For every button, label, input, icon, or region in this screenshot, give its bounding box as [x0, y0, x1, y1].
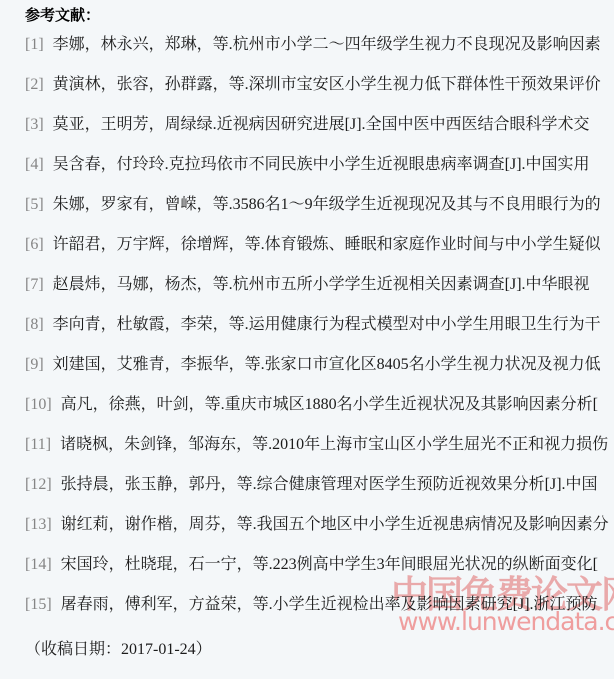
- reference-item: [13]谢红莉，谢作楷，周芬，等.我国五个地区中小学生近视患病情况及影响因素分: [25, 505, 614, 545]
- reference-text: 张持晨，张玉静，郭丹，等.综合健康管理对医学生预防近视效果分析[J].中国: [61, 476, 598, 493]
- reference-item: [8]李向青，杜敏霞，李荣，等.运用健康行为程式模型对中小学生用眼卫生行为干: [25, 305, 614, 345]
- reference-number: [4]: [25, 156, 44, 173]
- reference-text: 李向青，杜敏霞，李荣，等.运用健康行为程式模型对中小学生用眼卫生行为干: [53, 316, 601, 333]
- reference-text: 许韶君，万宇辉，徐增辉，等.体育锻炼、睡眠和家庭作业时间与中小学生疑似: [53, 236, 601, 253]
- reference-item: [15]屠春雨，傅利军，方益荣，等.小学生近视检出率及影响因素研究[J].浙江预…: [25, 585, 614, 625]
- reference-text: 莫亚，王明芳，周绿绿.近视病因研究进展[J].全国中医中西医结合眼科学术交: [53, 116, 590, 133]
- reference-item: [9]刘建国，艾雅青，李振华，等.张家口市宣化区8405名小学生视力状况及视力低: [25, 345, 614, 385]
- reference-number: [5]: [25, 196, 44, 213]
- reference-number: [6]: [25, 236, 44, 253]
- reference-item: [14]宋国玲，杜晓琨，石一宁，等.223例高中学生3年间眼屈光状况的纵断面变化…: [25, 545, 614, 585]
- reference-number: [1]: [25, 36, 44, 53]
- reference-number: [2]: [25, 76, 44, 93]
- reference-item: [2]黄演林，张容，孙群露，等.深圳市宝安区小学生视力低下群体性干预效果评价: [25, 65, 614, 105]
- reference-number: [12]: [25, 476, 52, 493]
- reference-item: [11]诸晓枫，朱剑锋，邹海东，等.2010年上海市宝山区小学生屈光不正和视力损…: [25, 425, 614, 465]
- reference-text: 赵晨炜，马娜，杨杰，等.杭州市五所小学学生近视相关因素调查[J].中华眼视: [53, 276, 590, 293]
- reference-number: [14]: [25, 556, 52, 573]
- reference-text: 谢红莉，谢作楷，周芬，等.我国五个地区中小学生近视患病情况及影响因素分: [61, 516, 609, 533]
- reference-text: 宋国玲，杜晓琨，石一宁，等.223例高中学生3年间眼屈光状况的纵断面变化[: [61, 556, 598, 573]
- references-heading: 参考文献：: [25, 7, 614, 25]
- received-date-line: （收稿日期：2017-01-24）: [25, 630, 614, 670]
- reference-number: [8]: [25, 316, 44, 333]
- reference-number: [9]: [25, 356, 44, 373]
- reference-text: 屠春雨，傅利军，方益荣，等.小学生近视检出率及影响因素研究[J].浙江预防: [61, 596, 598, 613]
- reference-text: 诸晓枫，朱剑锋，邹海东，等.2010年上海市宝山区小学生屈光不正和视力损伤: [60, 436, 608, 453]
- reference-text: 刘建国，艾雅青，李振华，等.张家口市宣化区8405名小学生视力状况及视力低: [53, 356, 601, 373]
- reference-text: 朱娜，罗家有，曾嵘，等.3586名1～9年级学生近视现况及其与不良用眼行为的: [53, 196, 601, 213]
- reference-number: [3]: [25, 116, 44, 133]
- reference-text: 高凡，徐燕，叶剑，等.重庆市城区1880名小学生近视状况及其影响因素分析[: [61, 396, 598, 413]
- reference-item: [4]吴含春，付玲玲.克拉玛依市不同民族中小学生近视眼患病率调查[J].中国实用: [25, 145, 614, 185]
- reference-item: [7]赵晨炜，马娜，杨杰，等.杭州市五所小学学生近视相关因素调查[J].中华眼视: [25, 265, 614, 305]
- reference-number: [11]: [25, 436, 51, 453]
- reference-item: [3]莫亚，王明芳，周绿绿.近视病因研究进展[J].全国中医中西医结合眼科学术交: [25, 105, 614, 145]
- reference-list: [1]李娜，林永兴，郑琳，等.杭州市小学二～四年级学生视力不良现况及影响因素 […: [25, 25, 614, 625]
- reference-item: [1]李娜，林永兴，郑琳，等.杭州市小学二～四年级学生视力不良现况及影响因素: [25, 25, 614, 65]
- reference-number: [10]: [25, 396, 52, 413]
- reference-item: [10]高凡，徐燕，叶剑，等.重庆市城区1880名小学生近视状况及其影响因素分析…: [25, 385, 614, 425]
- reference-number: [7]: [25, 276, 44, 293]
- reference-item: [6]许韶君，万宇辉，徐增辉，等.体育锻炼、睡眠和家庭作业时间与中小学生疑似: [25, 225, 614, 265]
- reference-item: [5]朱娜，罗家有，曾嵘，等.3586名1～9年级学生近视现况及其与不良用眼行为…: [25, 185, 614, 225]
- reference-number: [15]: [25, 596, 52, 613]
- reference-text: 吴含春，付玲玲.克拉玛依市不同民族中小学生近视眼患病率调查[J].中国实用: [53, 156, 590, 173]
- reference-text: 黄演林，张容，孙群露，等.深圳市宝安区小学生视力低下群体性干预效果评价: [53, 76, 601, 93]
- reference-number: [13]: [25, 516, 52, 533]
- references-page: 参考文献： [1]李娜，林永兴，郑琳，等.杭州市小学二～四年级学生视力不良现况及…: [0, 0, 614, 679]
- reference-item: [12]张持晨，张玉静，郭丹，等.综合健康管理对医学生预防近视效果分析[J].中…: [25, 465, 614, 505]
- reference-text: 李娜，林永兴，郑琳，等.杭州市小学二～四年级学生视力不良现况及影响因素: [53, 36, 601, 53]
